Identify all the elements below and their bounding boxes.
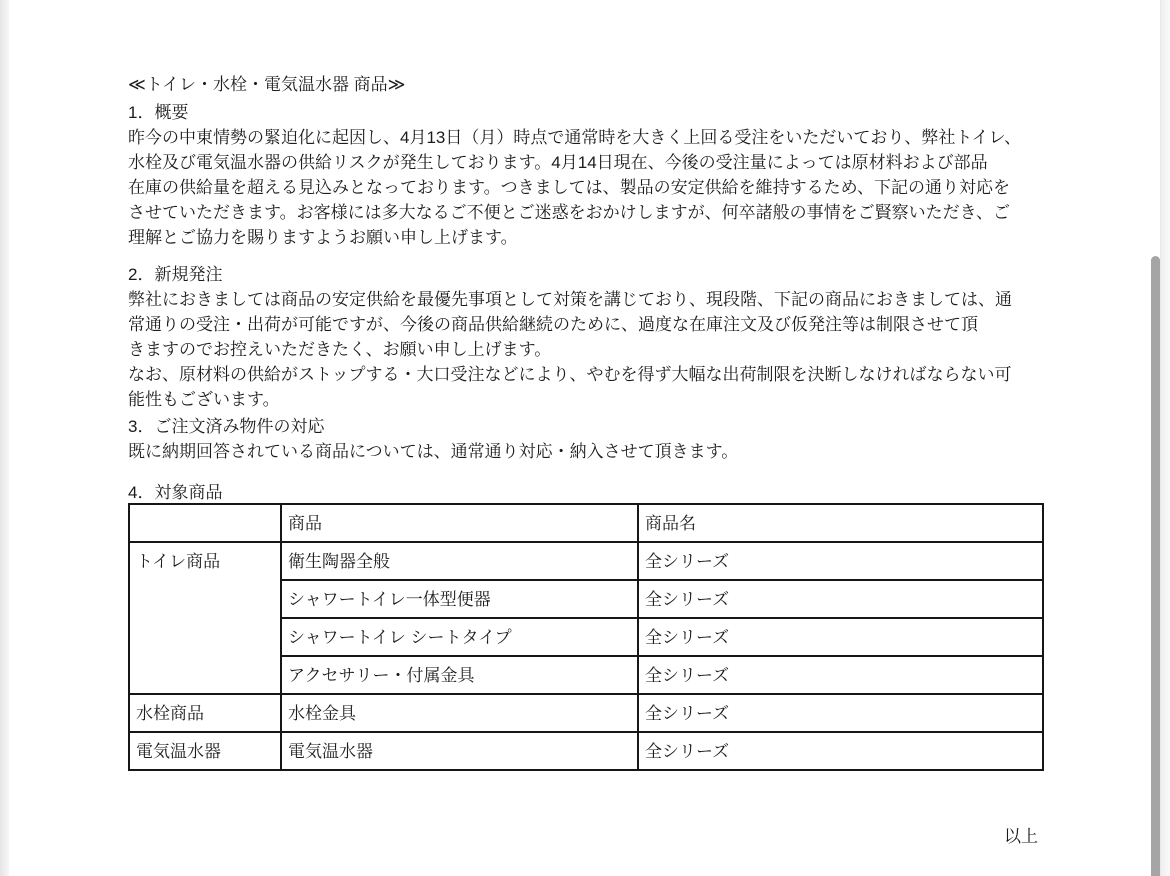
target-products-table: 商品 商品名 トイレ商品 衛生陶器全般 全シリーズ シャワートイレ一体型便器 全… [128,503,1044,771]
paragraph-line: 能性もございます。 [128,387,1042,412]
document-title: ≪トイレ・水栓・電気温水器 商品≫ [128,72,1042,97]
paragraph-line: させていただきます。お客様には多大なるご不便とご迷惑をおかけしますが、何卒諸般の… [128,200,1042,225]
paragraph-line: 在庫の供給量を超える見込みとなっております。つきましては、製品の安定供給を維持す… [128,175,1042,200]
section-4-heading: 4．対象商品 [128,480,1042,505]
table-row: トイレ商品 衛生陶器全般 全シリーズ [129,542,1043,580]
section-3-paragraph: 既に納期回答されている商品については、通常通り対応・納入させて頂きます。 [128,439,1042,464]
table-cell-product: 衛生陶器全般 [281,542,638,580]
table-row: 水栓商品 水栓金具 全シリーズ [129,694,1043,732]
paragraph-line: なお、原材料の供給がストップする・大口受注などにより、やむを得ず大幅な出荷制限を… [128,362,1042,387]
paragraph-line: きますのでお控えいただきたく、お願い申し上げます。 [128,337,1042,362]
paragraph-line: 常通りの受注・出荷が可能ですが、今後の商品供給継続のために、過度な在庫注文及び仮… [128,312,1042,337]
table-cell-series: 全シリーズ [638,542,1043,580]
table-cell-category: 水栓商品 [129,694,281,732]
table-cell-series: 全シリーズ [638,656,1043,694]
paragraph-line: 昨今の中東情勢の緊迫化に起因し、4月13日（月）時点で通常時を大きく上回る受注を… [128,125,1042,150]
table-cell-series: 全シリーズ [638,732,1043,770]
table-cell-series: 全シリーズ [638,618,1043,656]
table-cell-product: 水栓金具 [281,694,638,732]
table-cell-product: 電気温水器 [281,732,638,770]
table-cell-product: アクセサリー・付属金具 [281,656,638,694]
table-header-empty [129,504,281,542]
paragraph-line: 弊社におきましては商品の安定供給を最優先事項として対策を講じており、現段階、下記… [128,287,1042,312]
section-2-paragraph: 弊社におきましては商品の安定供給を最優先事項として対策を講じており、現段階、下記… [128,287,1042,412]
paragraph-line: 水栓及び電気温水器の供給リスクが発生しております。4月14日現在、今後の受注量に… [128,150,1042,175]
table-header-product: 商品 [281,504,638,542]
table-row: 電気温水器 電気温水器 全シリーズ [129,732,1043,770]
paragraph-line: 理解とご協力を賜りますようお願い申し上げます。 [128,225,1042,250]
table-header-name: 商品名 [638,504,1043,542]
page-right-edge [1160,0,1170,876]
section-2-heading: 2．新規発注 [128,262,1042,287]
table-cell-product: シャワートイレ シートタイプ [281,618,638,656]
page-left-edge [0,0,9,876]
section-3-heading: 3．ご注文済み物件の対応 [128,414,1042,439]
table-cell-series: 全シリーズ [638,580,1043,618]
scrollbar-thumb[interactable] [1151,256,1160,876]
table-cell-product: シャワートイレ一体型便器 [281,580,638,618]
table-cell-category: トイレ商品 [129,542,281,694]
table-cell-category: 電気温水器 [129,732,281,770]
section-1-heading: 1．概要 [128,100,1042,125]
table-header-row: 商品 商品名 [129,504,1043,542]
paragraph-line: 既に納期回答されている商品については、通常通り対応・納入させて頂きます。 [128,439,1042,464]
closing-text: 以上 [128,824,1042,849]
section-1-paragraph: 昨今の中東情勢の緊迫化に起因し、4月13日（月）時点で通常時を大きく上回る受注を… [128,125,1042,250]
table-cell-series: 全シリーズ [638,694,1043,732]
document-viewer: ≪トイレ・水栓・電気温水器 商品≫ 1．概要 昨今の中東情勢の緊迫化に起因し、4… [0,0,1170,876]
